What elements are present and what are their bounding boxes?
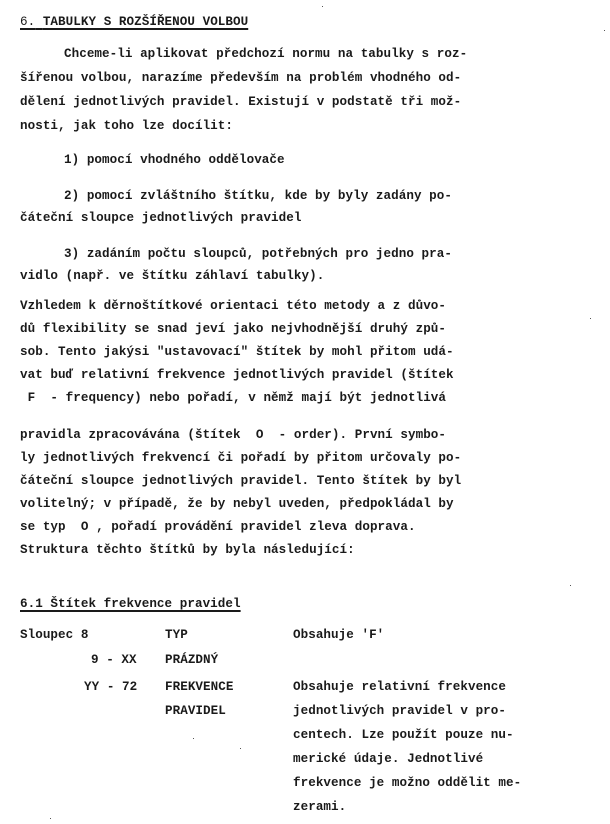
- field-name: PRÁZDNÝ: [165, 650, 218, 670]
- column-range: 9 - XX: [91, 650, 137, 670]
- option-text: pomocí vhodného oddělovače: [87, 153, 285, 167]
- document-page: 6. TABULKY S ROZŠÍŘENOU VOLBOU Chceme-li…: [0, 0, 610, 824]
- option-3: 3) zadáním počtu sloupců, potřebných pro…: [64, 244, 452, 264]
- intro-line: dělení jednotlivých pravidel. Existují v…: [20, 92, 461, 112]
- body-line: ly jednotlivých frekvencí či pořadí by p…: [20, 448, 461, 468]
- option-text: zadáním počtu sloupců, potřebných pro je…: [87, 247, 452, 261]
- field-name-cont: PRAVIDEL: [165, 701, 226, 721]
- field-description: centech. Lze použít pouze nu-: [293, 725, 514, 745]
- body-line: volitelný; v případě, že by nebyl uveden…: [20, 494, 454, 514]
- field-description: Obsahuje relativní frekvence: [293, 677, 506, 697]
- option-marker: 3): [64, 247, 79, 261]
- option-text: pomocí zvláštního štítku, kde by byly za…: [87, 189, 452, 203]
- column-range: Sloupec 8: [20, 625, 88, 645]
- field-description: Obsahuje 'F': [293, 625, 384, 645]
- option-marker: 1): [64, 153, 79, 167]
- body-line: vat buď relativní frekvence jednotlivých…: [20, 365, 454, 385]
- intro-line: nosti, jak toho lze docílit:: [20, 116, 233, 136]
- body-line: se typ O , pořadí provádění pravidel zle…: [20, 517, 416, 537]
- intro-line: Chceme-li aplikovat předchozí normu na t…: [64, 44, 467, 64]
- scan-speck: [240, 748, 241, 749]
- scan-speck: [50, 818, 51, 819]
- body-line: Vzhledem k děrnoštítkové orientaci této …: [20, 296, 446, 316]
- field-description: jednotlivých pravidel v pro-: [293, 701, 506, 721]
- body-line: dů flexibility se snad jeví jako nejvhod…: [20, 319, 446, 339]
- field-description: zerami.: [293, 797, 346, 817]
- section-number: 6.: [20, 15, 35, 29]
- scan-speck: [604, 30, 605, 31]
- option-2: 2) pomocí zvláštního štítku, kde by byly…: [64, 186, 452, 206]
- body-line: F - frequency) nebo pořadí, v němž mají …: [20, 388, 446, 408]
- body-line: pravidla zpracovávána (štítek O - order)…: [20, 425, 446, 445]
- scan-speck: [590, 318, 591, 319]
- column-range: YY - 72: [84, 677, 137, 697]
- field-description: frekvence je možno oddělit me-: [293, 773, 521, 793]
- field-name: TYP: [165, 625, 188, 645]
- scan-speck: [193, 738, 194, 739]
- option-3-cont: vidlo (např. ve štítku záhlaví tabulky).: [20, 266, 324, 286]
- subsection-heading: 6.1 Štítek frekvence pravidel: [20, 594, 241, 614]
- body-line: sob. Tento jakýsi "ustavovací" štítek by…: [20, 342, 454, 362]
- section-title: TABULKY S ROZŠÍŘENOU VOLBOU: [43, 15, 248, 29]
- field-name: FREKVENCE: [165, 677, 233, 697]
- body-line: čáteční sloupce jednotlivých pravidel. T…: [20, 471, 461, 491]
- option-1: 1) pomocí vhodného oddělovače: [64, 150, 285, 170]
- field-description: merické údaje. Jednotlivé: [293, 749, 483, 769]
- intro-line: šířenou volbou, narazíme především na pr…: [20, 68, 461, 88]
- section-heading: 6. TABULKY S ROZŠÍŘENOU VOLBOU: [20, 12, 248, 32]
- body-line: Struktura těchto štítků by byla následuj…: [20, 540, 355, 560]
- option-2-cont: čáteční sloupce jednotlivých pravidel: [20, 208, 301, 228]
- scan-speck: [570, 585, 571, 586]
- option-marker: 2): [64, 189, 79, 203]
- scan-speck: [322, 6, 323, 7]
